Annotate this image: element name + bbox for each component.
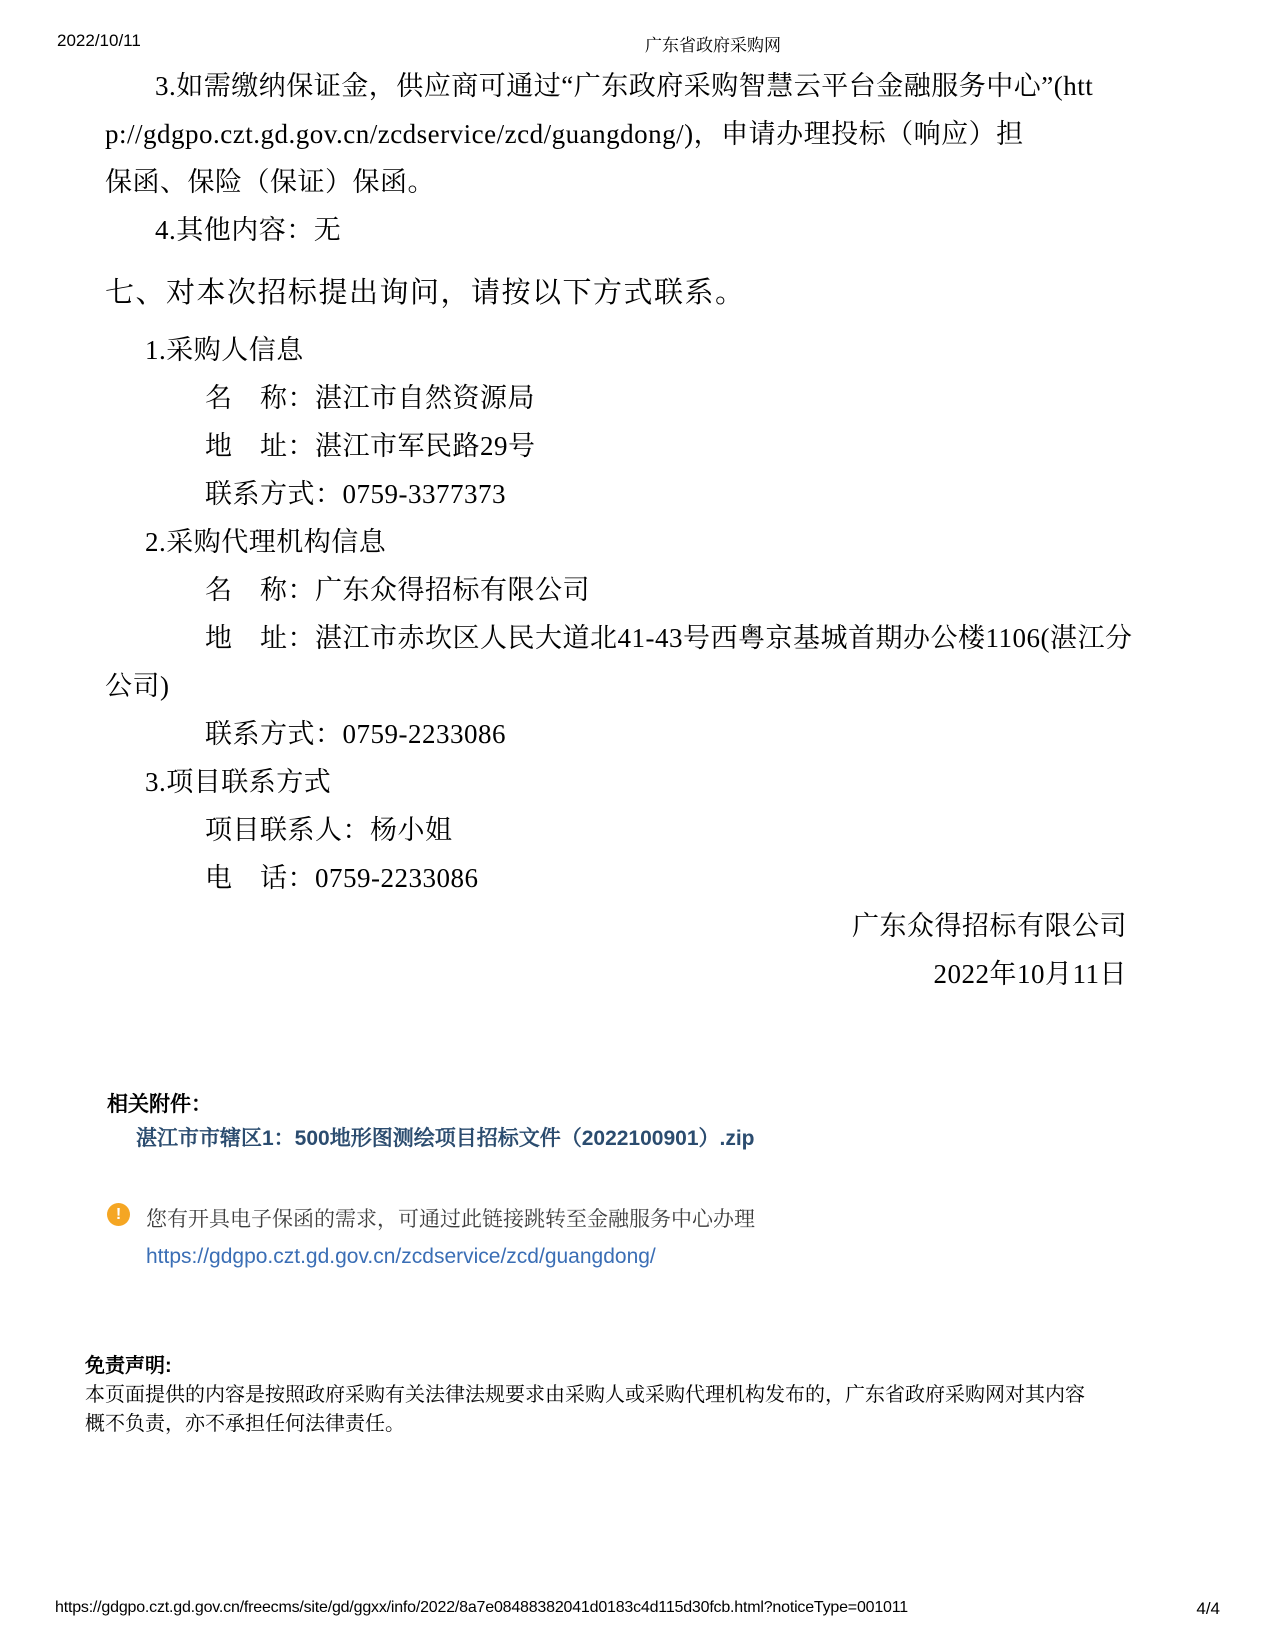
doc-line: 联系方式：0759-3377373 [105, 470, 1129, 518]
doc-line: 地 址：湛江市赤坎区人民大道北41-43号西粤京基城首期办公楼1106(湛江分 [105, 614, 1129, 662]
disclaimer-text-line1: 本页面提供的内容是按照政府采购有关法律法规要求由采购人或采购代理机构发布的，广东… [85, 1381, 1085, 1410]
disclaimer-label: 免责声明: [85, 1352, 1085, 1381]
disclaimer-text-line2: 概不负责，亦不承担任何法律责任。 [85, 1410, 1085, 1439]
doc-line: 1.采购人信息 [105, 326, 1129, 374]
doc-line: 公司) [105, 662, 1129, 710]
document-body: 3.如需缴纳保证金，供应商可通过“广东政府采购智慧云平台金融服务中心”(http… [105, 62, 1129, 998]
exclamation-icon: ! [107, 1203, 130, 1226]
doc-section-contacts: 1.采购人信息名 称：湛江市自然资源局地 址：湛江市军民路29号联系方式：075… [105, 326, 1129, 998]
section-heading: 七、对本次招标提出询问，请按以下方式联系。 [105, 268, 1129, 318]
notice-text: 您有开具电子保函的需求，可通过此链接跳转至金融服务中心办理 [146, 1203, 755, 1233]
doc-line: 保函、保险（保证）保函。 [105, 158, 1129, 206]
doc-line: p://gdgpo.czt.gd.gov.cn/zcdservice/zcd/g… [105, 110, 1129, 158]
doc-line: 2022年10月11日 [105, 950, 1129, 998]
doc-line: 电 话：0759-2233086 [105, 854, 1129, 902]
financial-service-center-link[interactable]: https://gdgpo.czt.gd.gov.cn/zcdservice/z… [146, 1245, 656, 1269]
doc-line: 2.采购代理机构信息 [105, 518, 1129, 566]
print-site-title: 广东省政府采购网 [645, 31, 781, 56]
doc-line: 地 址：湛江市军民路29号 [105, 422, 1129, 470]
print-date: 2022/10/11 [57, 31, 141, 51]
attachment-file-link[interactable]: 湛江市市辖区1：500地形图测绘项目招标文件（2022100901）.zip [136, 1122, 755, 1152]
print-footer-url: https://gdgpo.czt.gd.gov.cn/freecms/site… [55, 1599, 908, 1617]
doc-line: 广东众得招标有限公司 [105, 902, 1129, 950]
disclaimer: 免责声明: 本页面提供的内容是按照政府采购有关法律法规要求由采购人或采购代理机构… [85, 1352, 1085, 1439]
doc-line: 联系方式：0759-2233086 [105, 710, 1129, 758]
doc-line: 4.其他内容：无 [105, 206, 1129, 254]
print-footer-page-number: 4/4 [1196, 1599, 1220, 1619]
doc-line: 名 称：广东众得招标有限公司 [105, 566, 1129, 614]
doc-line: 3.项目联系方式 [105, 758, 1129, 806]
doc-line: 名 称：湛江市自然资源局 [105, 374, 1129, 422]
attachments-label: 相关附件： [107, 1088, 212, 1118]
doc-section-top: 3.如需缴纳保证金，供应商可通过“广东政府采购智慧云平台金融服务中心”(http… [105, 62, 1129, 254]
doc-line: 3.如需缴纳保证金，供应商可通过“广东政府采购智慧云平台金融服务中心”(htt [105, 62, 1129, 110]
doc-line: 项目联系人：杨小姐 [105, 806, 1129, 854]
